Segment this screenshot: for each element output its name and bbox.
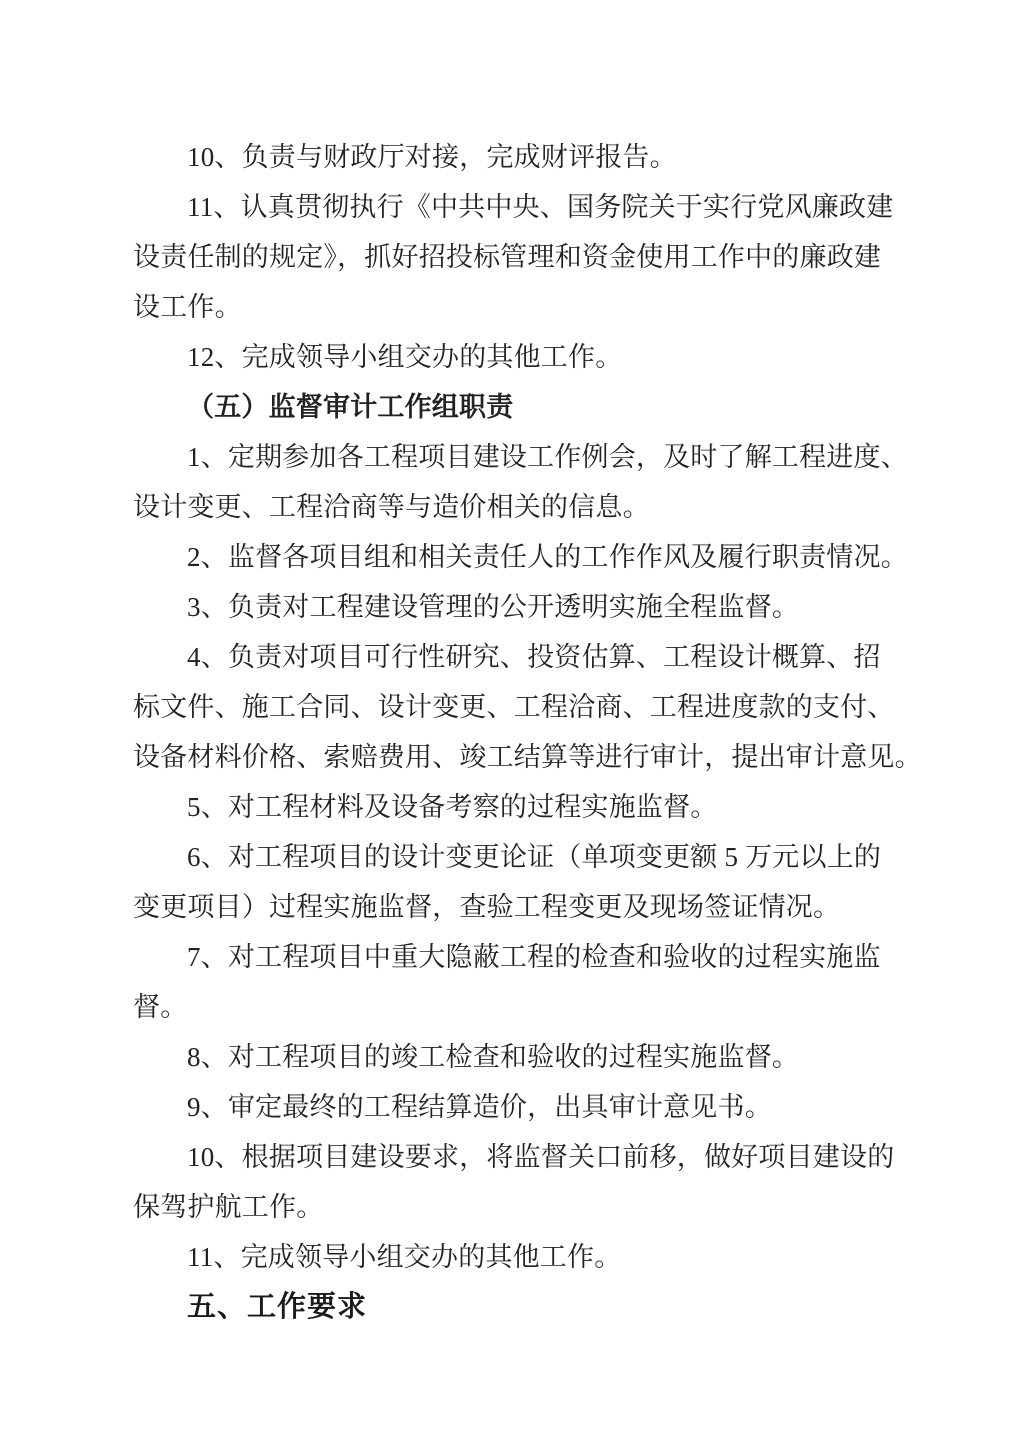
text-line: 6、对工程项目的设计变更论证（单项变更额 5 万元以上的 bbox=[133, 832, 914, 882]
text-line: 9、审定最终的工程结算造价，出具审计意见书。 bbox=[133, 1082, 914, 1132]
text-line: 4、负责对项目可行性研究、投资估算、工程设计概算、招 bbox=[133, 632, 914, 682]
text-line: 标文件、施工合同、设计变更、工程洽商、工程进度款的支付、 bbox=[133, 682, 914, 732]
text-line: 8、对工程项目的竣工检查和验收的过程实施监督。 bbox=[133, 1032, 914, 1082]
text-line: 设计变更、工程洽商等与造价相关的信息。 bbox=[133, 482, 914, 532]
text-line: 设工作。 bbox=[133, 282, 914, 332]
text-line: 2、监督各项目组和相关责任人的工作作风及履行职责情况。 bbox=[133, 532, 914, 582]
text-line: 1、定期参加各工程项目建设工作例会，及时了解工程进度、 bbox=[133, 432, 914, 482]
text-line: 10、根据项目建设要求，将监督关口前移，做好项目建设的 bbox=[133, 1132, 914, 1182]
text-line: 5、对工程材料及设备考察的过程实施监督。 bbox=[133, 782, 914, 832]
text-line: 11、完成领导小组交办的其他工作。 bbox=[133, 1232, 914, 1282]
text-line: 设责任制的规定》，抓好招投标管理和资金使用工作中的廉政建 bbox=[133, 232, 914, 282]
document-page: 10、负责与财政厅对接，完成财评报告。 11、认真贯彻执行《中共中央、国务院关于… bbox=[0, 0, 1024, 1448]
section-heading-supervision-audit-group: （五）监督审计工作组职责 bbox=[133, 382, 914, 432]
text-line: 10、负责与财政厅对接，完成财评报告。 bbox=[133, 132, 914, 182]
text-line: 12、完成领导小组交办的其他工作。 bbox=[133, 332, 914, 382]
text-line: 11、认真贯彻执行《中共中央、国务院关于实行党风廉政建 bbox=[133, 182, 914, 232]
text-line: 设备材料价格、索赔费用、竣工结算等进行审计，提出审计意见。 bbox=[133, 732, 914, 782]
text-line: 保驾护航工作。 bbox=[133, 1182, 914, 1232]
heading-work-requirements: 五、工作要求 bbox=[133, 1282, 914, 1332]
text-line: 3、负责对工程建设管理的公开透明实施全程监督。 bbox=[133, 582, 914, 632]
text-line: 7、对工程项目中重大隐蔽工程的检查和验收的过程实施监 bbox=[133, 932, 914, 982]
text-line: 督。 bbox=[133, 982, 914, 1032]
text-line: 变更项目）过程实施监督，查验工程变更及现场签证情况。 bbox=[133, 882, 914, 932]
